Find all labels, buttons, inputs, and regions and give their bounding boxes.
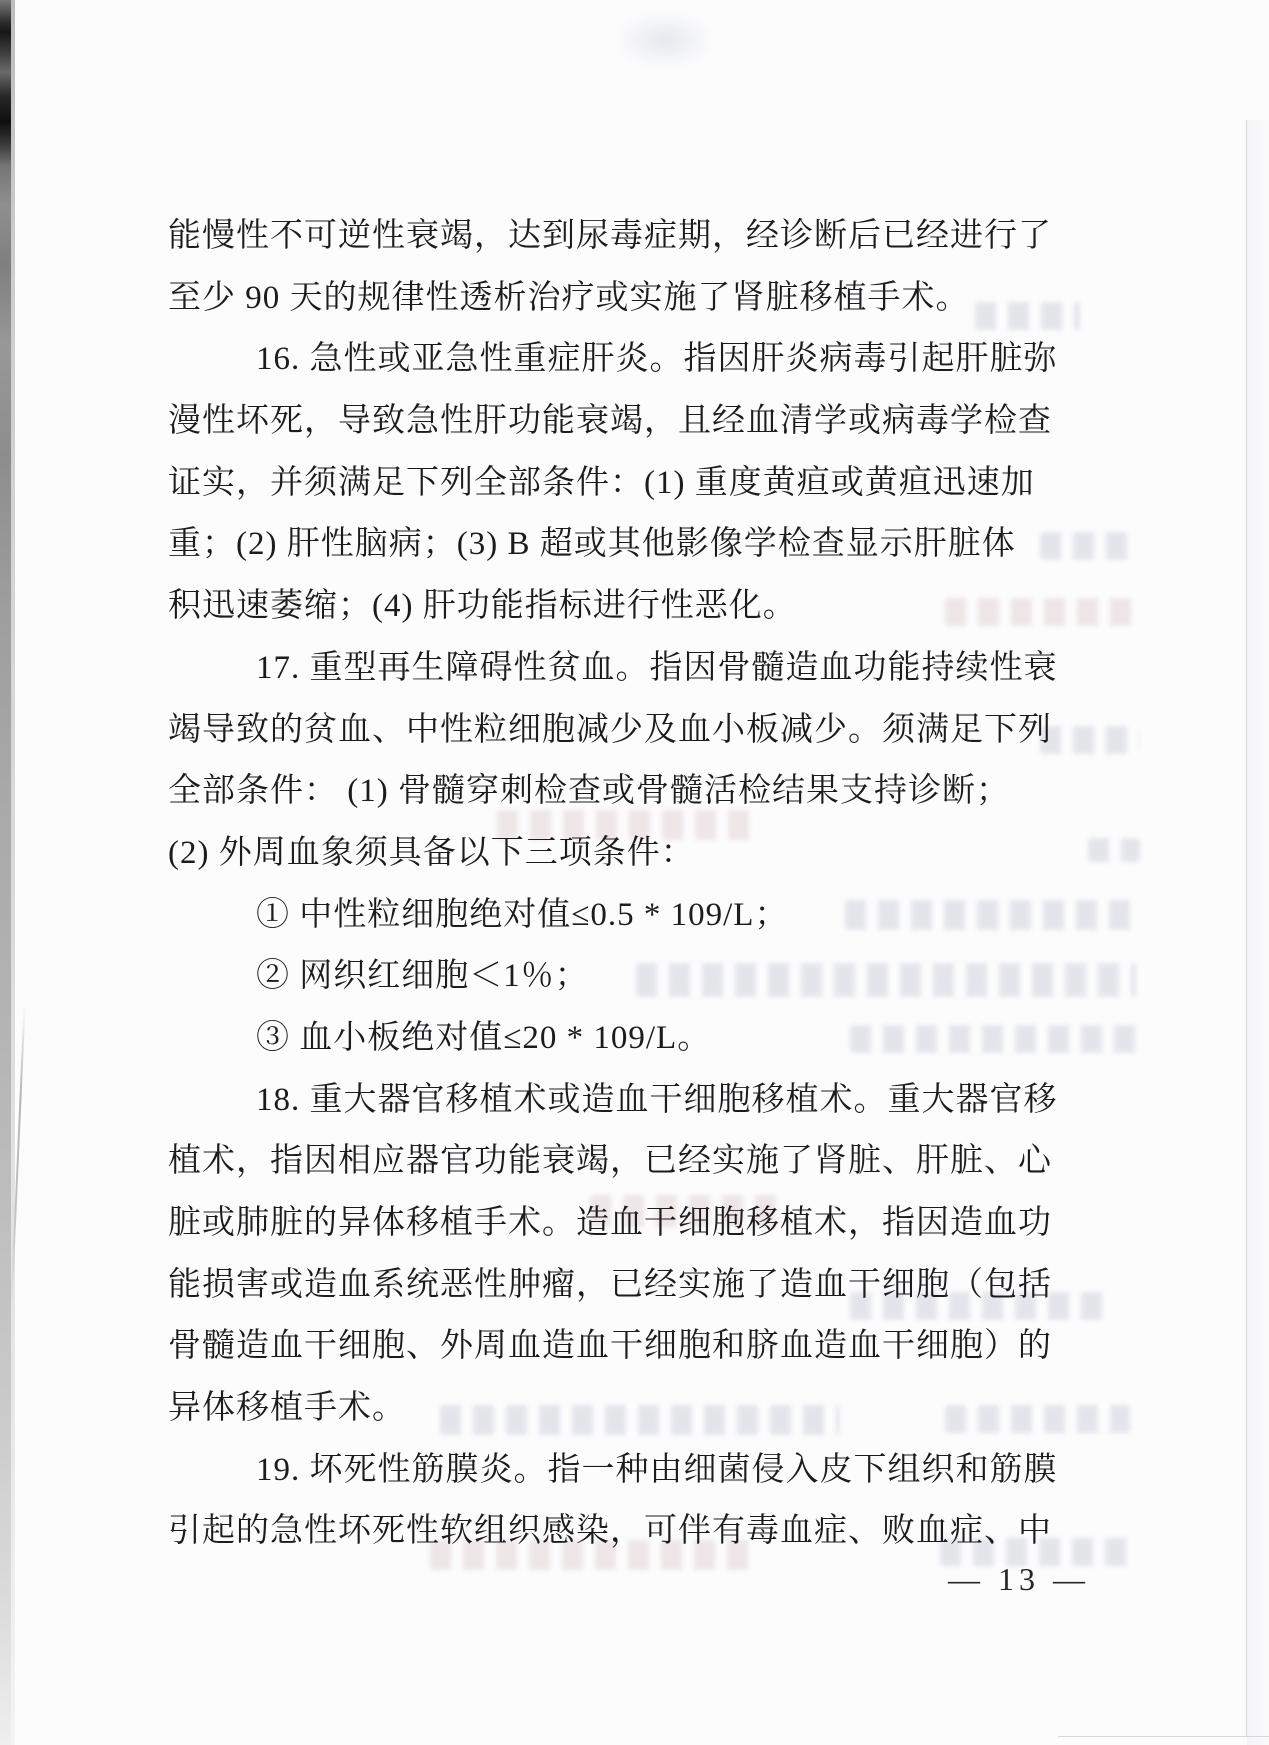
scan-edge-strip-light: [11, 0, 15, 1745]
text-line: 引起的急性坏死性软组织感染，可伴有毒血症、败血症、中: [168, 1501, 1068, 1563]
text-line: (2) 外周血象须具备以下三项条件：: [168, 823, 1068, 885]
text-line: 16. 急性或亚急性重症肝炎。指因肝炎病毒引起肝脏弥: [168, 329, 1068, 391]
text-line: 重；(2) 肝性脑病；(3) B 超或其他影像学检查显示肝脏体: [168, 514, 1068, 576]
text-line-numbered-item: ② 网织红细胞＜1％；: [168, 946, 1068, 1008]
text-line: 骨髓造血干细胞、外周血造血干细胞和脐血造血干细胞）的: [168, 1316, 1068, 1378]
text-line: 竭导致的贫血、中性粒细胞减少及血小板减少。须满足下列: [168, 700, 1068, 762]
scan-edge-strip: [0, 0, 11, 1745]
text-line: 能损害或造血系统恶性肿瘤，已经实施了造血干细胞（包括: [168, 1255, 1068, 1317]
text-line: 脏或肺脏的异体移植手术。造血干细胞移植术，指因造血功: [168, 1193, 1068, 1255]
text-line: 证实，并须满足下列全部条件：(1) 重度黄疸或黄疸迅速加: [168, 453, 1068, 515]
bleedthrough-smudge: [1088, 838, 1140, 862]
text-line: 至少 90 天的规律性透析治疗或实施了肾脏移植手术。: [168, 268, 1068, 330]
page-number: — 13 —: [948, 1561, 1090, 1598]
text-line: 异体移植手术。: [168, 1378, 1068, 1440]
text-line: 全部条件： (1) 骨髓穿刺检查或骨髓活检结果支持诊断；: [168, 761, 1068, 823]
page-edge-right: [1246, 120, 1247, 1737]
text-line: 17. 重型再生障碍性贫血。指因骨髓造血功能持续性衰: [168, 638, 1068, 700]
text-line-numbered-item: ③ 血小板绝对值≤20 * 109/L。: [168, 1008, 1068, 1070]
text-line: 能慢性不可逆性衰竭，达到尿毒症期，经诊断后已经进行了: [168, 206, 1068, 268]
page-corner-shade: [1247, 120, 1269, 1745]
text-line: 植术，指因相应器官功能衰竭，已经实施了肾脏、肝脏、心: [168, 1131, 1068, 1193]
text-line: 19. 坏死性筋膜炎。指一种由细菌侵入皮下组织和筋膜: [168, 1440, 1068, 1502]
text-line: 积迅速萎缩；(4) 肝功能指标进行性恶化。: [168, 576, 1068, 638]
text-line: 18. 重大器官移植术或造血干细胞移植术。重大器官移: [168, 1070, 1068, 1132]
text-line: 漫性坏死，导致急性肝功能衰竭，且经血清学或病毒学检查: [168, 391, 1068, 453]
page-edge-bottom: [1058, 1736, 1269, 1737]
text-line-numbered-item: ① 中性粒细胞绝对值≤0.5 * 109/L；: [168, 885, 1068, 947]
document-text: 能慢性不可逆性衰竭，达到尿毒症期，经诊断后已经进行了 至少 90 天的规律性透析…: [168, 206, 1068, 1563]
bleedthrough-smudge: [615, 10, 715, 70]
